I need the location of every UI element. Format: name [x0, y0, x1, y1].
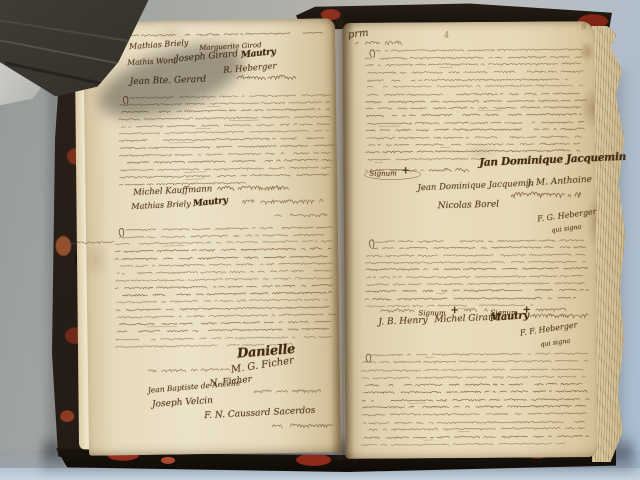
signature-jean-dominique-jacquemin: Jean Dominique Jacquemin: [417, 179, 534, 192]
signature-mautry-mid: Mautry: [193, 197, 228, 209]
handwritten-paragraph-2: [114, 224, 334, 355]
signum-oval-flourish: [363, 168, 421, 180]
signature-jb-de-ancelle: Jean Baptiste de Ancelle: [148, 379, 241, 394]
right-folio-number: 8: [581, 23, 586, 31]
signature-jb-henry: J. B. Henry: [378, 317, 428, 328]
signature-michel-kauffmann: Michel Kauffmann: [133, 185, 212, 197]
photo-stage: 4 Mathias Briely Marguerite Girod Mathis…: [0, 0, 640, 480]
handwritten-paragraph-3: [361, 351, 588, 453]
handwritten-paragraph-1: [365, 47, 584, 167]
signature-flourish: [241, 198, 325, 212]
folder-fold-edge: [0, 17, 145, 44]
illegible-signature-line: [146, 368, 230, 378]
signature-flourish: [267, 422, 333, 435]
signature-qui-signa-1: qui signa: [551, 224, 582, 234]
signature-jm-anthoine: J. M. Anthoine: [527, 176, 592, 189]
illegible-signature-line: [250, 388, 326, 398]
signature-flourish: [232, 75, 296, 88]
handwritten-paragraph-2: [364, 237, 587, 313]
right-page: 8 prm 4 Signum + Jan Dominique Jacquemin…: [342, 21, 597, 459]
signature-mautry-top: Mautry: [241, 48, 276, 60]
signature-nicolas-borel: Nicolas Borel: [438, 201, 500, 211]
signature-caussard-sacerdos: F. N. Caussard Sacerdos: [204, 407, 315, 421]
marginal-annotation: [60, 239, 112, 249]
signature-mautry-right: Mautry: [490, 311, 529, 324]
signature-flourish: [272, 212, 330, 222]
signature-joseph-velcin: Joseph Velcin: [152, 397, 213, 410]
signature-mathias-briely-mid: Mathias Briely: [131, 200, 191, 211]
page-gutter-shadow: [330, 18, 354, 460]
signature-flourish: [427, 168, 469, 178]
center-mark: 4: [443, 31, 450, 41]
signature-michel-girard: Michel Girard: [434, 314, 498, 326]
signature-qui-signa-2: qui signa: [540, 338, 571, 348]
